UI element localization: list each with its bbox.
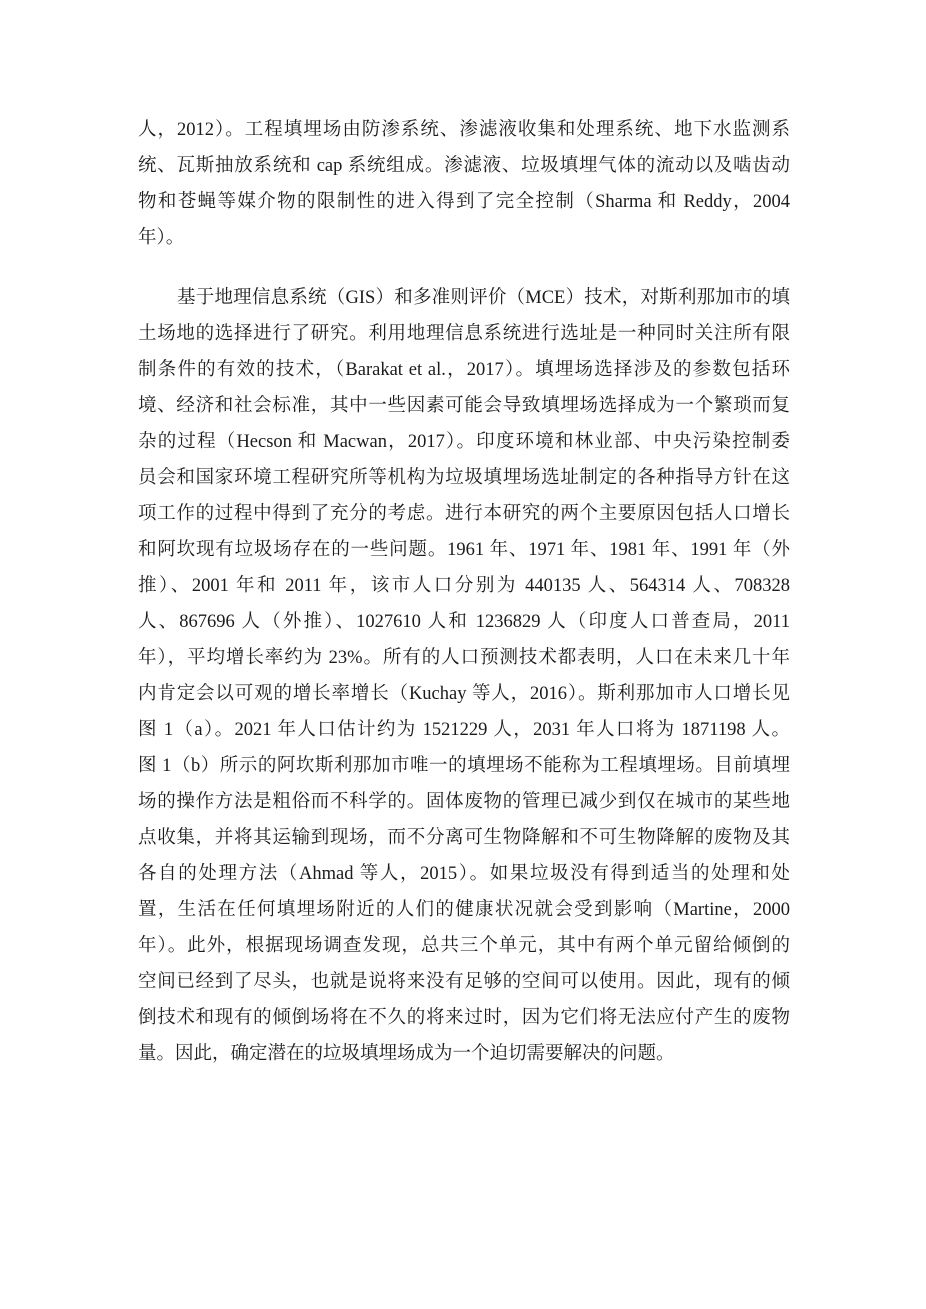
text-line: 和阿坎现有垃圾场存在的一些问题。1961 年、1971 年、1981 年、199…	[138, 532, 790, 568]
text-line: 推）、2001 年和 2011 年，该市人口分别为 440135 人、56431…	[138, 568, 790, 604]
paragraph-engineered-landfill: 人，2012）。工程填埋场由防渗系统、渗滤液收集和处理系统、地下水监测系统、瓦斯…	[138, 112, 790, 256]
text-line: 内肯定会以可观的增长率增长（Kuchay 等人，2016）。斯利那加市人口增长见	[138, 676, 790, 712]
text-line: 制条件的有效的技术，（Barakat et al.，2017）。填埋场选择涉及的…	[138, 352, 790, 388]
text-line: 各自的处理方法（Ahmad 等人，2015）。如果垃圾没有得到适当的处理和处	[138, 856, 790, 892]
text-line: 年）。	[138, 220, 790, 256]
text-line: 人、867696 人（外推）、1027610 人和 1236829 人（印度人口…	[138, 604, 790, 640]
text-line: 图 1（a）。2021 年人口估计约为 1521229 人，2031 年人口将为…	[138, 712, 790, 748]
text-line: 统、瓦斯抽放系统和 cap 系统组成。渗滤液、垃圾填埋气体的流动以及啮齿动	[138, 148, 790, 184]
text-line: 空间已经到了尽头，也就是说将来没有足够的空间可以使用。因此，现有的倾	[138, 964, 790, 1000]
text-line: 人，2012）。工程填埋场由防渗系统、渗滤液收集和处理系统、地下水监测系	[138, 112, 790, 148]
text-line: 项工作的过程中得到了充分的考虑。进行本研究的两个主要原因包括人口增长	[138, 496, 790, 532]
text-line: 员会和国家环境工程研究所等机构为垃圾填埋场选址制定的各种指导方针在这	[138, 460, 790, 496]
text-line: 杂的过程（Hecson 和 Macwan，2017）。印度环境和林业部、中央污染…	[138, 424, 790, 460]
text-line: 场的操作方法是粗俗而不科学的。固体废物的管理已减少到仅在城市的某些地	[138, 784, 790, 820]
text-line: 图 1（b）所示的阿坎斯利那加市唯一的填埋场不能称为工程填埋场。目前填埋	[138, 748, 790, 784]
text-line: 物和苍蝇等媒介物的限制性的进入得到了完全控制（Sharma 和 Reddy，20…	[138, 184, 790, 220]
text-line: 置，生活在任何填埋场附近的人们的健康状况就会受到影响（Martine，2000	[138, 892, 790, 928]
paragraph-gis-mce-study: 基于地理信息系统（GIS）和多准则评价（MCE）技术，对斯利那加市的填土场地的选…	[138, 280, 790, 1072]
text-line: 年），平均增长率约为 23%。所有的人口预测技术都表明，人口在未来几十年	[138, 640, 790, 676]
text-line: 基于地理信息系统（GIS）和多准则评价（MCE）技术，对斯利那加市的填	[138, 280, 790, 316]
document-page: 人，2012）。工程填埋场由防渗系统、渗滤液收集和处理系统、地下水监测系统、瓦斯…	[138, 112, 790, 1072]
text-line: 量。因此，确定潜在的垃圾填埋场成为一个迫切需要解决的问题。	[138, 1036, 790, 1072]
text-line: 土场地的选择进行了研究。利用地理信息系统进行选址是一种同时关注所有限	[138, 316, 790, 352]
text-line: 倒技术和现有的倾倒场将在不久的将来过时，因为它们将无法应付产生的废物	[138, 1000, 790, 1036]
text-line: 年）。此外，根据现场调查发现，总共三个单元，其中有两个单元留给倾倒的	[138, 928, 790, 964]
text-line: 点收集，并将其运输到现场，而不分离可生物降解和不可生物降解的废物及其	[138, 820, 790, 856]
text-line: 境、经济和社会标准，其中一些因素可能会导致填埋场选择成为一个繁琐而复	[138, 388, 790, 424]
